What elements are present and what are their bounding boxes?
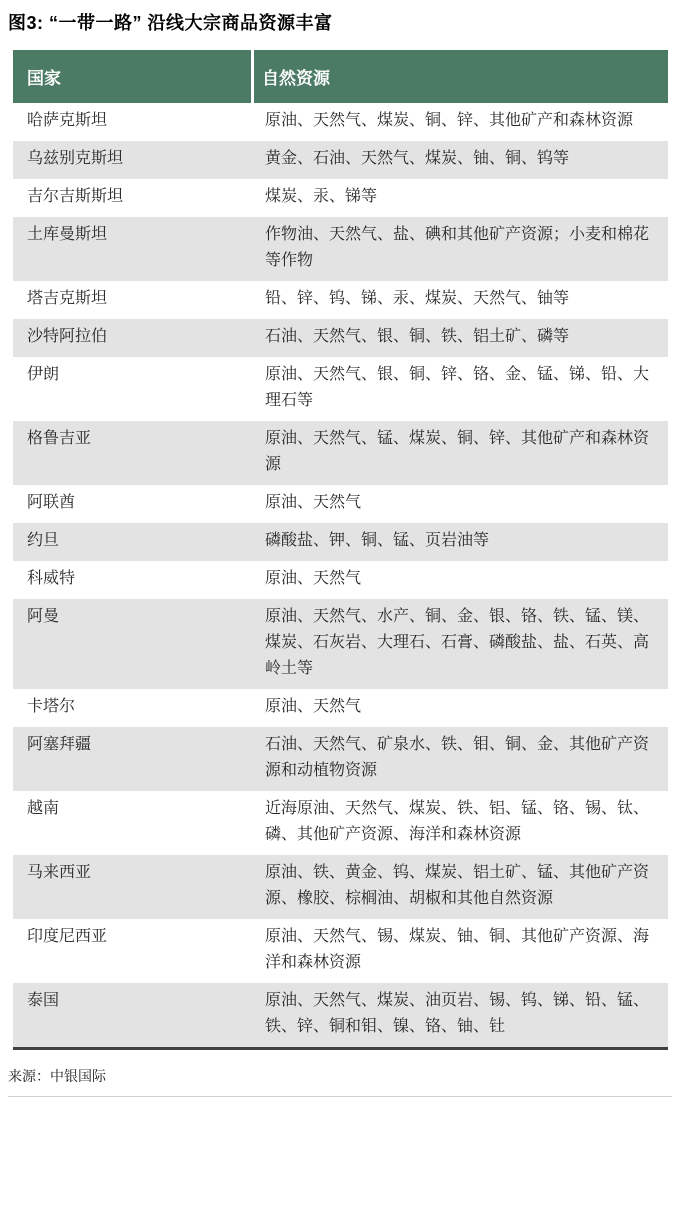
country-cell: 阿曼	[13, 604, 254, 682]
table-row: 阿塞拜疆石油、天然气、矿泉水、铁、钼、铜、金、其他矿产资源和动植物资源	[13, 727, 668, 791]
resources-table: 国家 自然资源 哈萨克斯坦原油、天然气、煤炭、铜、锌、其他矿产和森林资源乌兹别克…	[13, 50, 668, 1050]
resources-cell: 近海原油、天然气、煤炭、铁、铝、锰、铬、锡、钛、磷、其他矿产资源、海洋和森林资源	[254, 796, 668, 848]
country-cell: 卡塔尔	[13, 694, 254, 720]
country-cell: 塔吉克斯坦	[13, 286, 254, 312]
resources-cell: 原油、天然气、锡、煤炭、铀、铜、其他矿产资源、海洋和森林资源	[254, 924, 668, 976]
table-row: 哈萨克斯坦原油、天然气、煤炭、铜、锌、其他矿产和森林资源	[13, 103, 668, 141]
table-row: 印度尼西亚原油、天然气、锡、煤炭、铀、铜、其他矿产资源、海洋和森林资源	[13, 919, 668, 983]
source-note: 来源：中银国际	[8, 1066, 680, 1086]
table-row: 吉尔吉斯斯坦煤炭、汞、锑等	[13, 179, 668, 217]
country-cell: 格鲁吉亚	[13, 426, 254, 478]
country-cell: 乌兹别克斯坦	[13, 146, 254, 172]
table-row: 土库曼斯坦作物油、天然气、盐、碘和其他矿产资源；小麦和棉花等作物	[13, 217, 668, 281]
resources-cell: 原油、天然气	[254, 566, 668, 592]
resources-cell: 铅、锌、钨、锑、汞、煤炭、天然气、铀等	[254, 286, 668, 312]
resources-cell: 石油、天然气、矿泉水、铁、钼、铜、金、其他矿产资源和动植物资源	[254, 732, 668, 784]
table-row: 马来西亚原油、铁、黄金、钨、煤炭、铝土矿、锰、其他矿产资源、橡胶、棕榈油、胡椒和…	[13, 855, 668, 919]
resources-cell: 原油、天然气、锰、煤炭、铜、锌、其他矿产和森林资源	[254, 426, 668, 478]
resources-cell: 原油、天然气、银、铜、锌、铬、金、锰、锑、铅、大理石等	[254, 362, 668, 414]
bottom-rule	[8, 1096, 672, 1097]
country-cell: 科威特	[13, 566, 254, 592]
table-body: 哈萨克斯坦原油、天然气、煤炭、铜、锌、其他矿产和森林资源乌兹别克斯坦黄金、石油、…	[13, 103, 668, 1047]
country-cell: 伊朗	[13, 362, 254, 414]
country-cell: 阿联酋	[13, 490, 254, 516]
table-row: 乌兹别克斯坦黄金、石油、天然气、煤炭、铀、铜、钨等	[13, 141, 668, 179]
country-cell: 哈萨克斯坦	[13, 108, 254, 134]
resources-cell: 石油、天然气、银、铜、铁、铝土矿、磷等	[254, 324, 668, 350]
table-row: 塔吉克斯坦铅、锌、钨、锑、汞、煤炭、天然气、铀等	[13, 281, 668, 319]
resources-cell: 煤炭、汞、锑等	[254, 184, 668, 210]
table-header-row: 国家 自然资源	[13, 50, 668, 103]
country-cell: 泰国	[13, 988, 254, 1040]
country-cell: 印度尼西亚	[13, 924, 254, 976]
resources-cell: 原油、天然气、煤炭、铜、锌、其他矿产和森林资源	[254, 108, 668, 134]
table-row: 越南近海原油、天然气、煤炭、铁、铝、锰、铬、锡、钛、磷、其他矿产资源、海洋和森林…	[13, 791, 668, 855]
table-row: 格鲁吉亚原油、天然气、锰、煤炭、铜、锌、其他矿产和森林资源	[13, 421, 668, 485]
resources-cell: 作物油、天然气、盐、碘和其他矿产资源；小麦和棉花等作物	[254, 222, 668, 274]
table-row: 约旦磷酸盐、钾、铜、锰、页岩油等	[13, 523, 668, 561]
table-row: 阿联酋原油、天然气	[13, 485, 668, 523]
resources-cell: 原油、天然气、水产、铜、金、银、铬、铁、锰、镁、煤炭、石灰岩、大理石、石膏、磷酸…	[254, 604, 668, 682]
country-cell: 土库曼斯坦	[13, 222, 254, 274]
figure-title: 图3: “一带一路” 沿线大宗商品资源丰富	[8, 9, 680, 35]
country-cell: 沙特阿拉伯	[13, 324, 254, 350]
country-cell: 约旦	[13, 528, 254, 554]
resources-cell: 原油、天然气	[254, 694, 668, 720]
country-cell: 阿塞拜疆	[13, 732, 254, 784]
table-row: 阿曼原油、天然气、水产、铜、金、银、铬、铁、锰、镁、煤炭、石灰岩、大理石、石膏、…	[13, 599, 668, 689]
table-row: 卡塔尔原油、天然气	[13, 689, 668, 727]
page: 图3: “一带一路” 沿线大宗商品资源丰富 国家 自然资源 哈萨克斯坦原油、天然…	[0, 9, 680, 1097]
table-row: 泰国原油、天然气、煤炭、油页岩、锡、钨、锑、铅、锰、铁、锌、铜和钼、镍、铬、铀、…	[13, 983, 668, 1047]
table-row: 沙特阿拉伯石油、天然气、银、铜、铁、铝土矿、磷等	[13, 319, 668, 357]
country-cell: 吉尔吉斯斯坦	[13, 184, 254, 210]
resources-cell: 磷酸盐、钾、铜、锰、页岩油等	[254, 528, 668, 554]
resources-cell: 原油、天然气	[254, 490, 668, 516]
header-cell-country: 国家	[13, 50, 254, 103]
resources-cell: 原油、铁、黄金、钨、煤炭、铝土矿、锰、其他矿产资源、橡胶、棕榈油、胡椒和其他自然…	[254, 860, 668, 912]
table-row: 伊朗原油、天然气、银、铜、锌、铬、金、锰、锑、铅、大理石等	[13, 357, 668, 421]
country-cell: 马来西亚	[13, 860, 254, 912]
country-cell: 越南	[13, 796, 254, 848]
resources-cell: 原油、天然气、煤炭、油页岩、锡、钨、锑、铅、锰、铁、锌、铜和钼、镍、铬、铀、钍	[254, 988, 668, 1040]
table-row: 科威特原油、天然气	[13, 561, 668, 599]
resources-cell: 黄金、石油、天然气、煤炭、铀、铜、钨等	[254, 146, 668, 172]
header-cell-resources: 自然资源	[254, 64, 668, 89]
